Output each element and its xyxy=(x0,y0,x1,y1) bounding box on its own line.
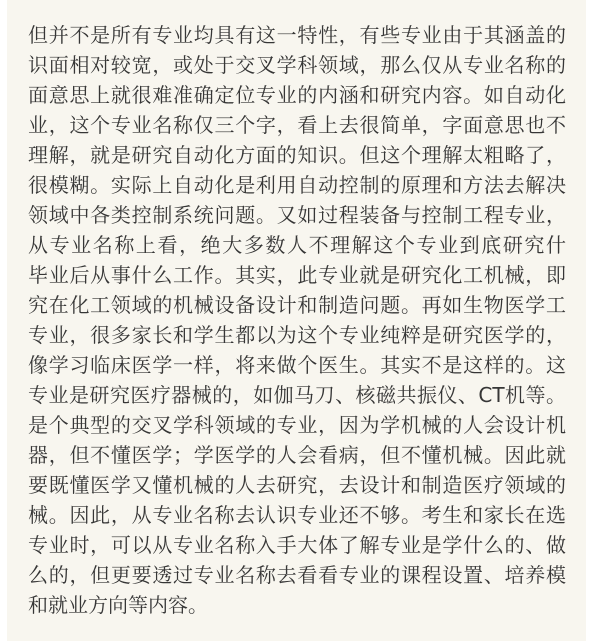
text-line: 从专业名称上看，绝大多数人不理解这个专业到底研究什么， xyxy=(28,230,566,260)
text-line: 很模糊。实际上自动化是利用自动控制的原理和方法去解决各 xyxy=(28,170,566,200)
body-text: 但并不是所有专业均具有这一特性，有些专业由于其涵盖的知识面相对较宽，或处于交叉学… xyxy=(28,20,566,620)
text-line: 但并不是所有专业均具有这一特性，有些专业由于其涵盖的知 xyxy=(28,20,566,50)
text-line: 专业是研究医疗器械的，如伽马刀、核磁共振仪、CT机等。这 xyxy=(28,380,566,410)
text-line: 和就业方向等内容。 xyxy=(28,590,566,620)
text-line: 业，这个专业名称仅三个字，看上去很简单，字面意思也不难 xyxy=(28,110,566,140)
text-line: 械。因此，从专业名称去认识专业还不够。考生和家长在选择 xyxy=(28,500,566,530)
reader-page: 但并不是所有专业均具有这一特性，有些专业由于其涵盖的知识面相对较宽，或处于交叉学… xyxy=(7,0,586,641)
text-line: 专业，很多家长和学生都以为这个专业纯粹是研究医学的，就 xyxy=(28,320,566,350)
text-line: 么的，但更要透过专业名称去看看专业的课程设置、培养模式 xyxy=(28,560,566,590)
text-line: 识面相对较宽，或处于交叉学科领域，那么仅从专业名称的字 xyxy=(28,50,566,80)
text-line: 理解，就是研究自动化方面的知识。但这个理解太粗略了，也 xyxy=(28,140,566,170)
text-line: 究在化工领域的机械设备设计和制造问题。再如生物医学工程 xyxy=(28,290,566,320)
text-line: 要既懂医学又懂机械的人去研究，去设计和制造医疗领域的器 xyxy=(28,470,566,500)
screen: { "page": { "background_color": "#f8f6ef… xyxy=(0,0,592,641)
text-line: 面意思上就很难准确定位专业的内涵和研究内容。如自动化专 xyxy=(28,80,566,110)
text-line: 是个典型的交叉学科领域的专业，因为学机械的人会设计机 xyxy=(28,410,566,440)
text-line: 器，但不懂医学；学医学的人会看病，但不懂机械。因此就需 xyxy=(28,440,566,470)
text-line: 像学习临床医学一样，将来做个医生。其实不是这样的。这个 xyxy=(28,350,566,380)
text-line: 毕业后从事什么工作。其实，此专业就是研究化工机械，即研 xyxy=(28,260,566,290)
text-line: 领域中各类控制系统问题。又如过程装备与控制工程专业，仅 xyxy=(28,200,566,230)
text-line: 专业时，可以从专业名称入手大体了解专业是学什么的、做什 xyxy=(28,530,566,560)
